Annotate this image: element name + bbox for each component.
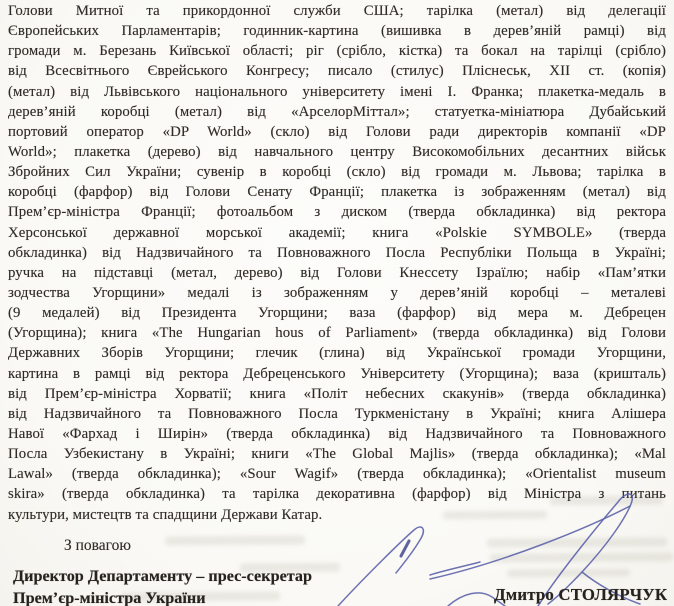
body-line: (метал) від Львівського національного ун… — [8, 82, 666, 102]
body-line: World»; плакетка (дерево) від навчальног… — [8, 142, 666, 162]
body-line: коробці (фарфор) від Голови Сенату Франц… — [8, 182, 666, 202]
closing-salutation: З повагою — [64, 537, 131, 555]
body-line: Посла Узбекистану в Україні; книги «The … — [8, 444, 666, 464]
body-line: громади м. Березань Київської області; р… — [8, 41, 666, 61]
signature-stroke — [430, 506, 630, 579]
signature-stroke — [338, 527, 423, 606]
body-line: Lawal» (тверда обкладинка); «Sour Wagif»… — [8, 464, 666, 484]
body-line: портовий оператор «DP World» (скло) від … — [8, 122, 666, 142]
body-line: від Надзвичайного та Повноважного Посла … — [8, 404, 666, 424]
signature-stroke — [401, 541, 409, 556]
body-line: Державних Зборів Угорщини; глечик (глина… — [8, 343, 666, 363]
signoff-title-line1: Директор Департаменту – прес-секретар — [13, 565, 312, 587]
body-line: (Угорщина); книга «The Hungarian hous of… — [8, 323, 666, 343]
scanned-letter-page: Голови Митної та прикордонної служби США… — [0, 0, 674, 606]
body-line: зодчества Угорщини» медалі із зображення… — [8, 283, 666, 303]
body-line: ручка на підставці (метал, дерево) від Г… — [8, 263, 666, 283]
body-line: (9 медалей) від Президента Угорщини; ваз… — [8, 303, 666, 323]
body-line: дерев’яній коробці (метал) від «АрселорМ… — [8, 102, 666, 122]
signoff-name: Дмитро СТОЛЯРЧУК — [494, 585, 669, 605]
body-line: картина в рамці від ректора Дебреценсько… — [8, 364, 666, 384]
body-line: Навої «Фархад і Ширін» (тверда обкладинк… — [8, 424, 666, 444]
body-line: Херсонської державної морської академії;… — [8, 223, 666, 243]
signoff-title-line2: Прем’єр-міністра України — [13, 587, 312, 606]
body-line: Прем’єр-міністра Франції; фотоальбом з д… — [8, 202, 666, 222]
body-line: Європейських Парламентарів; годинник-кар… — [8, 21, 666, 41]
body-line: Голови Митної та прикордонної служби США… — [8, 1, 666, 21]
body-line: Збройних Сил України; сувенір в коробці … — [8, 162, 666, 182]
body-line: обкладинка) від Надзвичайного та Повнова… — [8, 243, 666, 263]
body-line: від Всесвітнього Єврейського Конгресу; п… — [8, 61, 666, 81]
bleed-through-text — [165, 536, 305, 546]
gift-list-paragraph: Голови Митної та прикордонної служби США… — [8, 1, 666, 525]
body-line: від Прем’єр-міністра Хорватії; книга «По… — [8, 384, 666, 404]
signoff-title: Директор Департаменту – прес-секретар Пр… — [13, 565, 312, 606]
